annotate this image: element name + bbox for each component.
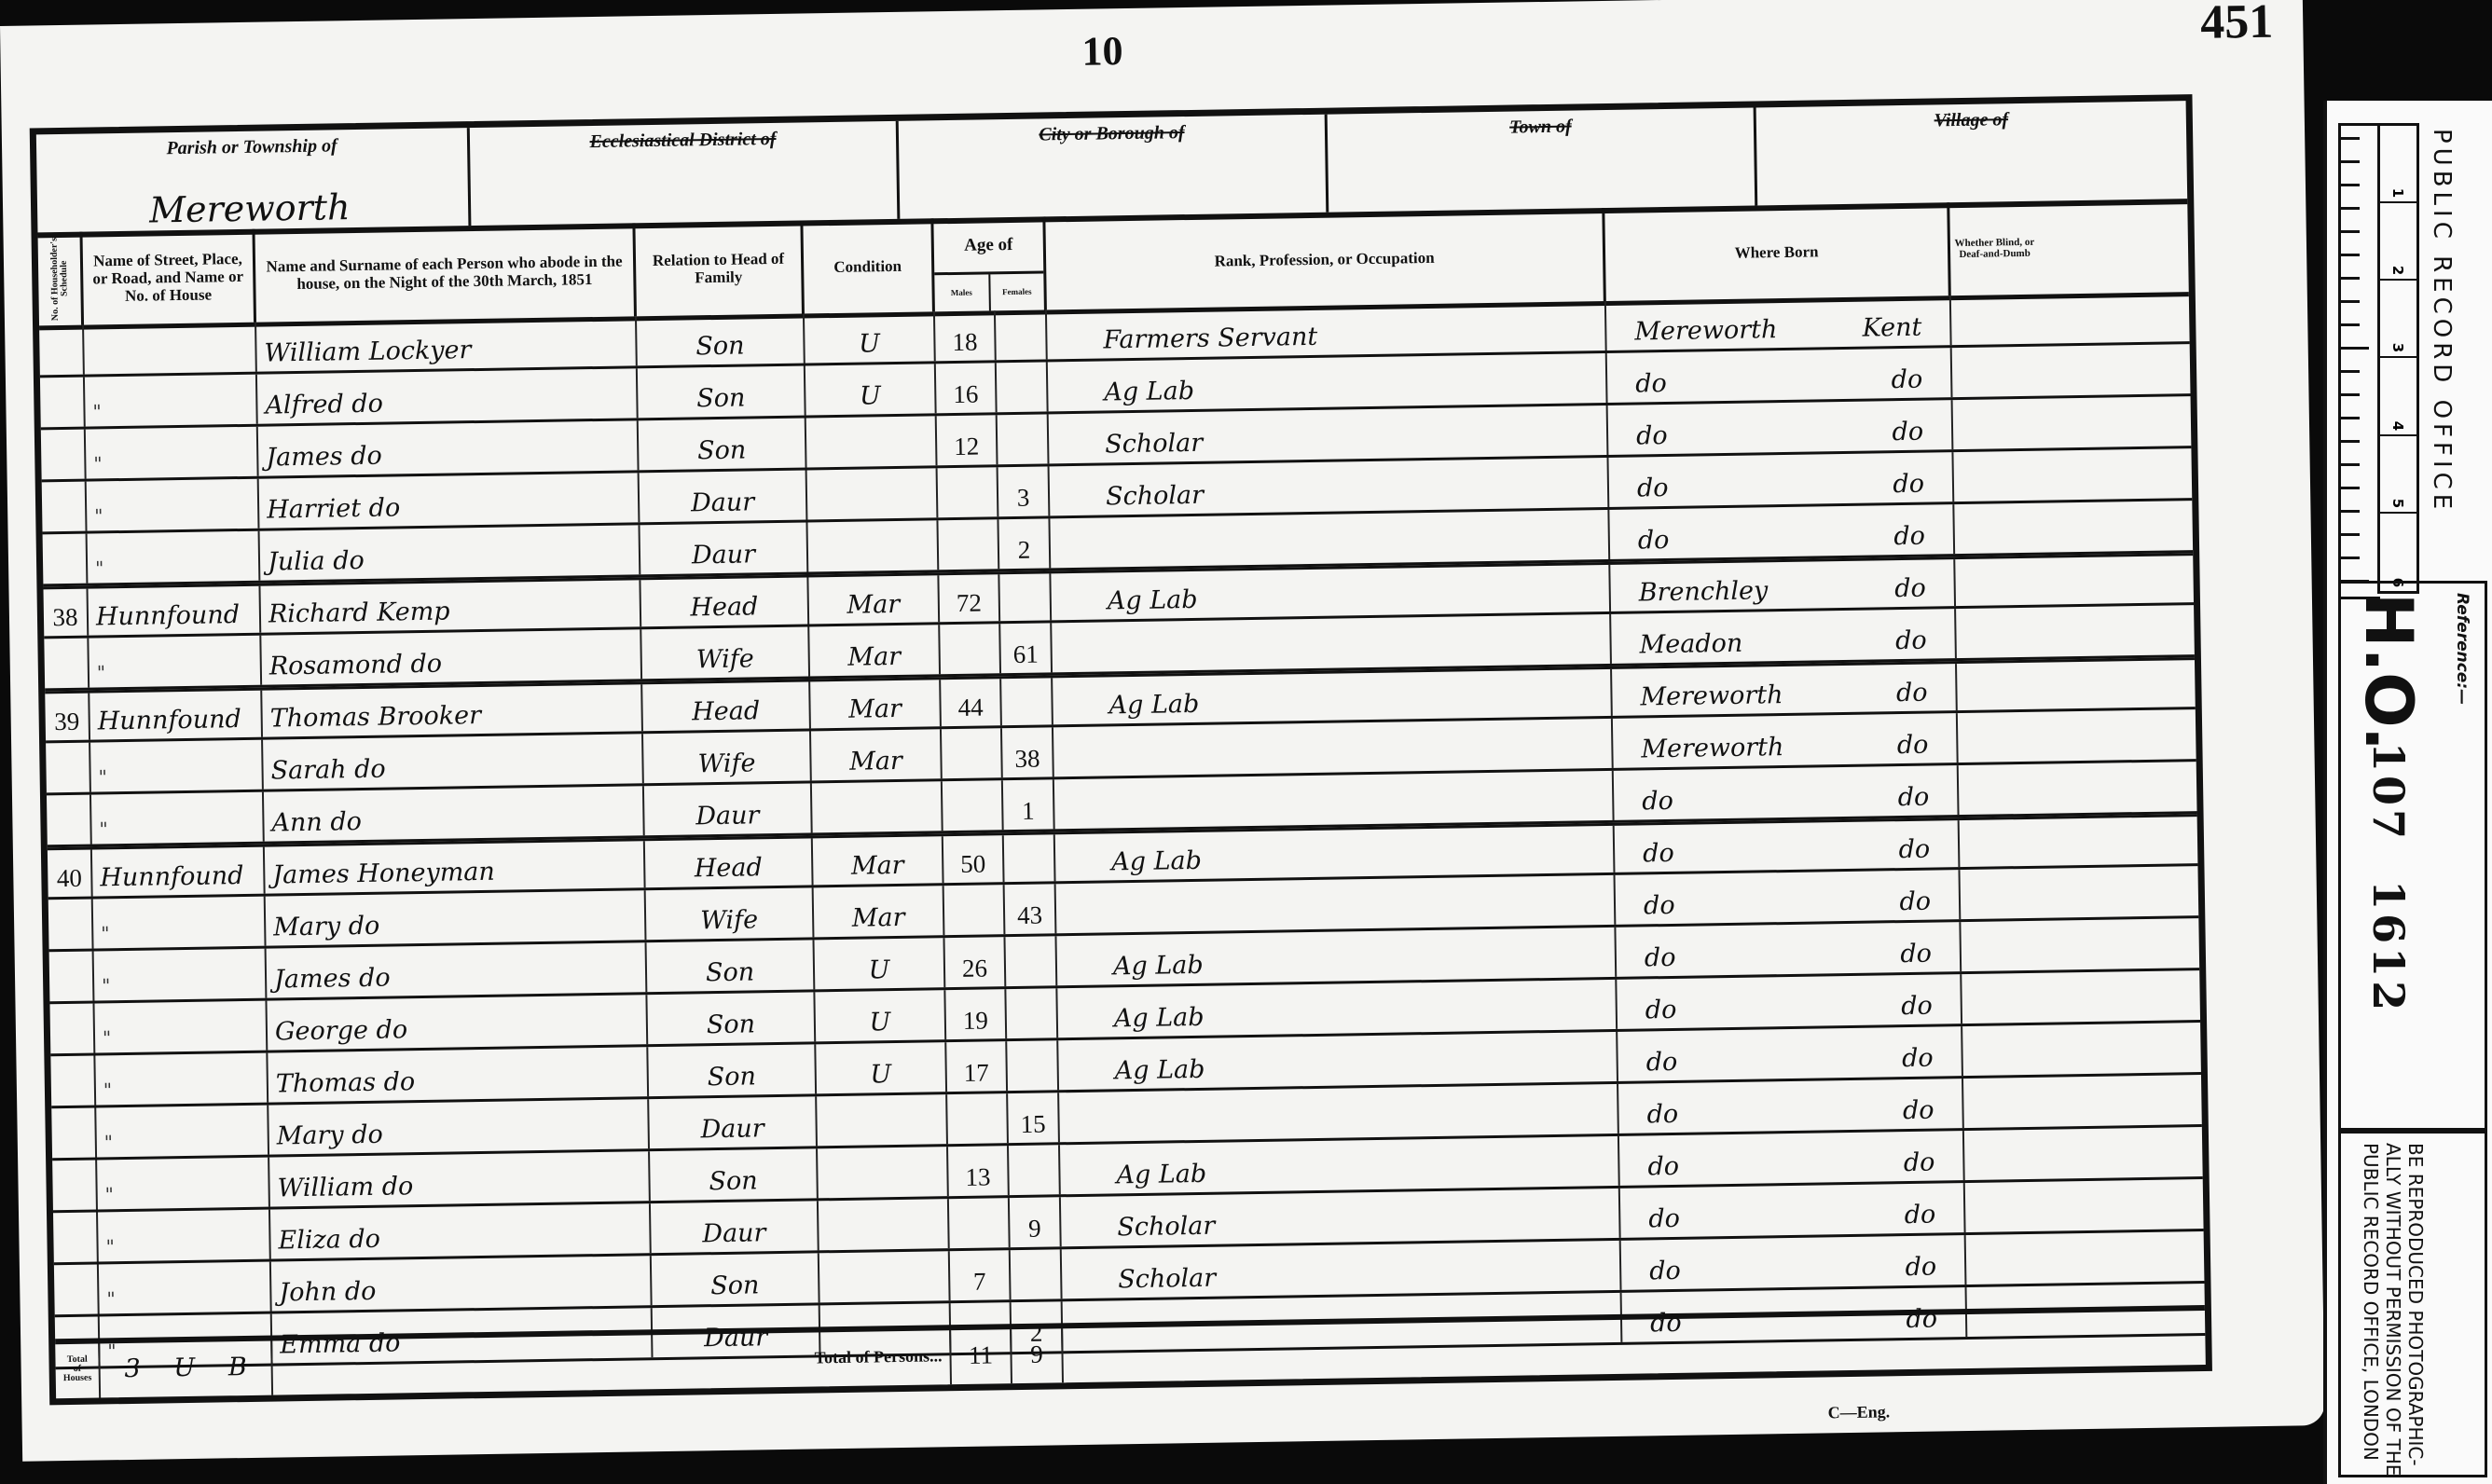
where-born-cell: MereworthKent <box>1606 295 1952 350</box>
relation-cell: Daur <box>651 1201 819 1253</box>
house-name-cell: " <box>96 1106 269 1158</box>
schedule-number-cell <box>40 378 86 428</box>
ruler-tick <box>2341 533 2360 536</box>
reference-series: 107 <box>2363 742 2414 843</box>
header-age-males: Males <box>934 274 990 311</box>
schedule-number-cell <box>47 795 92 845</box>
schedule-number-cell: 38 <box>43 589 89 637</box>
occupation-cell: Scholar <box>1061 1189 1621 1246</box>
person-name-cell: Mary do <box>268 1099 650 1154</box>
house-name-cell: Hunnfound <box>88 586 261 636</box>
born-place: do <box>1646 1100 1678 1130</box>
relation-cell: Son <box>648 1044 817 1096</box>
age-male-cell <box>940 624 1001 674</box>
born-county: do <box>1891 365 1922 395</box>
person-name-cell: William do <box>269 1151 651 1206</box>
ruler-tick <box>2341 556 2360 559</box>
relation-cell: Son <box>647 940 816 992</box>
town-cell: Town of <box>1328 107 1758 212</box>
age-female-cell <box>1006 988 1058 1038</box>
condition-cell: U <box>805 311 936 363</box>
occupation-cell <box>1052 614 1612 672</box>
age-female-cell <box>1007 1040 1059 1091</box>
occupation-cell: Ag Lab <box>1060 1136 1620 1194</box>
relation-cell: Son <box>639 418 807 470</box>
age-male-cell: 50 <box>943 835 1005 883</box>
person-name-cell: Thomas do <box>268 1047 649 1102</box>
born-county: do <box>1902 1044 1934 1074</box>
ruler-number: 6 <box>2380 514 2416 591</box>
schedule-number-cell <box>54 1265 100 1315</box>
total-males: 11 <box>951 1329 1012 1384</box>
where-born-cell: dodo <box>1609 504 1955 559</box>
person-name-cell: Eliza do <box>270 1203 652 1258</box>
ruler-tick <box>2341 347 2369 350</box>
relation-cell: Daur <box>644 783 813 835</box>
house-name-cell: " <box>97 1158 270 1210</box>
born-place: do <box>1648 1204 1680 1234</box>
condition-cell: Mar <box>808 575 940 624</box>
header-name: Name and Surname of each Person who abod… <box>255 223 637 322</box>
ruler-tick <box>2341 277 2360 280</box>
age-female-cell: 3 <box>998 466 1051 516</box>
where-born-cell: dodo <box>1621 1235 1967 1290</box>
house-name-cell: " <box>85 375 258 427</box>
office-title: PUBLIC RECORD OFFICE <box>2428 129 2456 514</box>
condition-cell: Mar <box>814 886 945 937</box>
ruler-tick <box>2341 254 2360 256</box>
town-label: Town of <box>1328 113 1754 141</box>
ruler-numbers: 123456 <box>2377 123 2419 594</box>
ruler-tick <box>2341 207 2360 210</box>
ruler-tick <box>2341 184 2360 186</box>
where-born-cell: dodo <box>1615 820 1961 873</box>
deaf-blind-cell <box>1951 295 2041 345</box>
age-female-cell <box>996 309 1048 360</box>
occupation-cell: Scholar <box>1050 458 1610 515</box>
age-male-cell: 13 <box>948 1146 1010 1196</box>
relation-cell: Wife <box>646 887 815 940</box>
ruler-tick <box>2341 393 2360 396</box>
person-name-cell: Julia do <box>260 525 641 580</box>
reference-piece-number: 1612 <box>2363 880 2414 1014</box>
age-male-cell <box>947 1093 1009 1144</box>
ruler-tick <box>2341 323 2360 326</box>
house-name-cell: " <box>98 1210 271 1262</box>
folio-number: 10 <box>1081 27 1123 76</box>
ruler-number: 4 <box>2380 358 2416 435</box>
born-place: do <box>1645 996 1677 1025</box>
born-county: do <box>1900 940 1932 969</box>
condition-cell <box>817 1094 948 1146</box>
page-stamp: 451 <box>2200 0 2274 50</box>
occupation-cell <box>1056 875 1617 933</box>
occupation-cell: Ag Lab <box>1055 826 1616 881</box>
where-born-cell: dodo <box>1616 870 1962 925</box>
born-place: do <box>1644 891 1675 921</box>
born-county: do <box>1893 470 1924 500</box>
person-name-cell: John do <box>271 1256 653 1311</box>
born-county: do <box>1903 1096 1934 1126</box>
ruler-tick <box>2341 463 2360 466</box>
person-name-cell: Alfred do <box>257 368 639 423</box>
occupation-cell: Ag Lab <box>1058 1032 1618 1090</box>
age-male-cell: 17 <box>946 1041 1008 1092</box>
relation-cell: Daur <box>640 470 808 522</box>
occupation-cell <box>1059 1084 1619 1142</box>
born-place: do <box>1636 421 1668 451</box>
where-born-cell: dodo <box>1619 1131 1965 1186</box>
born-place: Mereworth <box>1634 315 1777 346</box>
ruler-tick <box>2341 370 2360 373</box>
house-name-cell: " <box>94 1001 268 1053</box>
deaf-blind-cell <box>1955 558 2045 606</box>
ruler-number: 3 <box>2380 281 2416 358</box>
deaf-blind-cell <box>1953 399 2043 449</box>
header-age-of: Age of <box>933 216 1043 275</box>
schedule-number-cell <box>42 482 88 532</box>
house-name-cell <box>84 323 257 375</box>
header-age-females: Females <box>990 273 1044 310</box>
where-born-cell: dodo <box>1617 974 1962 1029</box>
born-county: do <box>1898 835 1930 865</box>
relation-cell: Wife <box>643 731 812 783</box>
where-born-cell: Brenchleydo <box>1610 559 1956 611</box>
household-rows: William LockyerSonU18Farmers ServantMere… <box>39 292 2205 1369</box>
relation-cell: Son <box>652 1253 820 1305</box>
reference-strip: 123456 PUBLIC RECORD OFFICE Reference:— … <box>2323 101 2492 1484</box>
header-occupation: Rank, Profession, or Occupation <box>1045 208 1605 309</box>
born-county: do <box>1892 418 1923 447</box>
reference-box: Reference:— H.O. 107 1612 <box>2338 581 2487 1131</box>
reference-code: H.O. <box>2350 593 2427 751</box>
city-cell: City or Borough of <box>899 115 1329 219</box>
house-name-cell: " <box>93 897 267 949</box>
person-name-cell: Sarah do <box>263 734 644 789</box>
born-place: do <box>1635 369 1667 399</box>
deaf-blind-cell <box>1964 1130 2054 1180</box>
occupation-cell: Scholar <box>1049 405 1609 463</box>
occupation-cell: Ag Lab <box>1053 669 1613 724</box>
ruler-tick <box>2341 137 2360 140</box>
total-houses: 3 U B <box>100 1341 273 1398</box>
person-name-cell: James do <box>267 942 648 997</box>
header-relation: Relation to Head of Family <box>635 220 805 316</box>
total-persons-label: Total of Persons... <box>272 1330 952 1395</box>
parish-cell: Parish or Township of Mereworth <box>36 128 472 232</box>
schedule-number-cell: 39 <box>45 694 90 741</box>
age-male-cell: 12 <box>937 415 998 465</box>
person-name-cell: George do <box>267 995 648 1050</box>
ruler-number: 2 <box>2380 203 2416 281</box>
age-female-cell <box>1009 1145 1061 1195</box>
condition-cell: U <box>805 364 937 415</box>
condition-cell: Mar <box>809 625 941 676</box>
age-male-cell <box>949 1198 1011 1248</box>
schedule-number-cell: 40 <box>48 850 93 898</box>
house-name-cell: " <box>99 1262 272 1314</box>
born-place: Brenchley <box>1639 576 1769 607</box>
born-county: do <box>1893 522 1925 552</box>
ecclesiastical-label: Ecclesiastical District of <box>470 127 896 155</box>
occupation-cell <box>1053 719 1614 776</box>
born-place: do <box>1645 1048 1677 1078</box>
age-female-cell: 15 <box>1008 1092 1060 1143</box>
age-female-cell <box>1004 834 1056 882</box>
age-female-cell <box>998 414 1050 464</box>
deaf-blind-cell <box>1956 608 2045 658</box>
condition-cell <box>819 1251 951 1302</box>
census-form: Parish or Township of Mereworth Ecclesia… <box>30 94 2212 1405</box>
where-born-cell: dodo <box>1608 400 1954 455</box>
born-county: do <box>1901 992 1933 1022</box>
born-place: do <box>1637 474 1669 503</box>
schedule-number-cell <box>41 430 87 480</box>
ruler-tick <box>2341 440 2360 443</box>
age-female-cell: 2 <box>998 518 1051 569</box>
person-name-cell: Thomas Brooker <box>262 684 643 736</box>
reference-piece: 107 1612 <box>2363 742 2414 1014</box>
born-county: do <box>1905 1253 1936 1283</box>
copyright-line-2: ALLY WITHOUT PERMISSION OF THE <box>2382 1143 2404 1476</box>
ecclesiastical-cell: Ecclesiastical District of <box>470 121 901 226</box>
header-where-born: Where Born <box>1604 202 1951 301</box>
age-female-cell <box>1011 1249 1063 1299</box>
ruler-tick <box>2341 300 2360 303</box>
where-born-cell: dodo <box>1614 765 1960 820</box>
deaf-blind-cell <box>1958 712 2047 763</box>
born-county: do <box>1897 731 1929 761</box>
born-place: do <box>1643 839 1674 869</box>
where-born-cell: dodo <box>1616 922 1962 977</box>
house-name-cell: " <box>95 1053 268 1106</box>
header-house: Name of Street, Place, or Road, and Name… <box>82 229 256 325</box>
condition-cell <box>806 416 938 467</box>
condition-cell: U <box>815 938 946 989</box>
born-county: do <box>1904 1201 1935 1230</box>
condition-cell: Mar <box>813 836 944 885</box>
age-female-cell: 1 <box>1003 779 1055 830</box>
age-male-cell: 26 <box>944 937 1006 987</box>
deaf-blind-cell <box>1954 503 2044 554</box>
age-male-cell <box>938 467 999 517</box>
ruler-tick <box>2341 510 2360 513</box>
where-born-cell: dodo <box>1608 452 1954 507</box>
born-place: do <box>1642 787 1673 817</box>
ruler-scale <box>2338 123 2380 599</box>
age-male-cell <box>944 885 1006 935</box>
condition-cell <box>807 468 939 519</box>
parish-value: Mereworth <box>149 186 351 230</box>
village-label: Village of <box>1756 106 2186 134</box>
relation-cell: Son <box>637 313 805 365</box>
age-female-cell <box>999 573 1052 621</box>
age-female-cell: 43 <box>1005 884 1057 934</box>
house-name-cell: " <box>91 792 265 845</box>
header-schedule: No. of Householder's Schedule <box>37 232 84 326</box>
condition-cell <box>807 520 939 571</box>
born-county: Kent <box>1862 313 1921 343</box>
deaf-blind-cell <box>1963 1078 2053 1128</box>
total-houses-label: Total of Houses <box>55 1343 101 1398</box>
total-females: 9 <box>1012 1328 1064 1383</box>
ruler-number: 1 <box>2380 126 2416 203</box>
city-label: City or Borough of <box>899 120 1325 148</box>
age-male-cell: 18 <box>935 310 997 361</box>
born-place: do <box>1647 1152 1679 1182</box>
occupation-cell: Ag Lab <box>1057 980 1618 1037</box>
house-name-cell: Hunnfound <box>89 691 263 740</box>
ruler-tick <box>2341 417 2360 419</box>
age-female-cell <box>997 362 1049 412</box>
condition-cell <box>812 781 943 832</box>
born-county: do <box>1897 783 1929 813</box>
house-name-cell: " <box>87 479 260 531</box>
born-place: Meadon <box>1639 629 1742 660</box>
house-name-cell: Hunnfound <box>92 847 266 897</box>
person-name-cell: William Lockyer <box>256 316 638 371</box>
schedule-number-cell <box>53 1213 99 1263</box>
totals-blank <box>1063 1311 2206 1382</box>
age-male-cell <box>943 780 1004 831</box>
person-name-cell: Richard Kemp <box>260 580 641 632</box>
age-male-cell: 72 <box>939 574 1000 622</box>
born-county: do <box>1896 679 1928 708</box>
village-cell: Village of <box>1756 101 2188 205</box>
condition-cell: Mar <box>811 729 943 780</box>
age-male-cell: 7 <box>950 1250 1012 1300</box>
header-deaf-blind: Whether Blind, or Deaf-and-Dumb <box>1949 201 2040 295</box>
deaf-blind-cell <box>1957 663 2046 710</box>
condition-cell: Mar <box>810 680 942 728</box>
census-page: 10 451 Parish or Township of Mereworth E… <box>0 0 2325 1462</box>
schedule-number-cell <box>43 534 89 584</box>
deaf-blind-cell <box>1960 869 2049 919</box>
schedule-number-cell <box>46 743 91 793</box>
born-county: do <box>1904 1148 1935 1178</box>
relation-cell: Son <box>638 365 806 418</box>
age-male-cell <box>938 519 999 570</box>
age-male-cell: 16 <box>936 363 998 413</box>
copyright-notice: BE REPRODUCED PHOTOGRAPHIC- ALLY WITHOUT… <box>2360 1143 2427 1476</box>
born-place: do <box>1649 1257 1681 1286</box>
relation-cell: Daur <box>649 1096 818 1148</box>
occupation-cell: Ag Lab <box>1051 565 1611 620</box>
house-name-cell: " <box>88 531 261 584</box>
ruler-tick <box>2341 160 2360 163</box>
copyright-box: BE REPRODUCED PHOTOGRAPHIC- ALLY WITHOUT… <box>2338 1131 2487 1477</box>
schedule-number-cell <box>49 952 95 1002</box>
deaf-blind-cell <box>1952 347 2042 397</box>
born-county: do <box>1895 626 1927 656</box>
occupation-cell: Ag Lab <box>1048 353 1608 411</box>
age-female-cell: 38 <box>1002 727 1054 777</box>
occupation-cell <box>1054 771 1615 829</box>
age-female-cell <box>1001 678 1053 725</box>
age-female-cell: 9 <box>1010 1197 1062 1247</box>
born-place: Mereworth <box>1640 680 1783 711</box>
header-condition: Condition <box>803 218 935 313</box>
deaf-blind-cell <box>1962 973 2051 1024</box>
schedule-number-cell <box>50 1056 96 1106</box>
where-born-cell: Meadondo <box>1611 609 1957 664</box>
copyright-line-1: BE REPRODUCED PHOTOGRAPHIC- <box>2404 1143 2427 1476</box>
age-male-cell: 19 <box>945 989 1007 1039</box>
parish-label: Parish or Township of <box>36 133 467 161</box>
house-name-cell: " <box>90 740 264 792</box>
deaf-blind-cell <box>1965 1182 2055 1232</box>
age-male-cell <box>942 728 1003 778</box>
occupation-cell: Ag Lab <box>1056 927 1617 985</box>
age-female-cell: 61 <box>1000 623 1053 673</box>
copyright-line-3: PUBLIC RECORD OFFICE, LONDON <box>2360 1143 2382 1476</box>
total-houses-building: B <box>228 1353 247 1381</box>
deaf-blind-cell <box>1953 451 2043 502</box>
occupation-cell <box>1050 510 1610 568</box>
person-name-cell: Mary do <box>266 890 647 945</box>
ruler-number: 5 <box>2380 436 2416 514</box>
born-county: do <box>1894 574 1926 604</box>
reference-label: Reference:— <box>2453 593 2471 705</box>
relation-cell: Son <box>650 1148 819 1201</box>
condition-cell <box>818 1147 949 1198</box>
schedule-number-cell <box>44 639 89 689</box>
enumerator-mark: C—Eng. <box>1827 1402 1890 1422</box>
deaf-blind-cell <box>1961 921 2050 971</box>
deaf-blind-cell <box>1966 1234 2056 1285</box>
condition-cell: U <box>815 990 946 1041</box>
condition-cell <box>819 1199 950 1250</box>
schedule-number-cell <box>51 1108 97 1159</box>
house-name-cell: " <box>89 636 262 688</box>
house-name-cell: " <box>94 949 268 1001</box>
relation-cell: Son <box>647 992 816 1044</box>
person-name-cell: James Honeyman <box>265 841 646 893</box>
relation-cell: Head <box>645 838 814 887</box>
ruler-tick <box>2341 487 2360 489</box>
schedule-number-cell <box>49 1004 95 1054</box>
relation-cell: Wife <box>641 626 810 679</box>
where-born-cell: dodo <box>1618 1026 1963 1081</box>
where-born-cell: dodo <box>1607 348 1953 403</box>
person-name-cell: Rosamond do <box>261 629 642 684</box>
age-male-cell: 44 <box>941 679 1002 726</box>
house-name-cell: " <box>86 427 259 479</box>
deaf-blind-cell <box>1962 1025 2052 1076</box>
person-name-cell: Ann do <box>264 786 645 841</box>
relation-cell: Head <box>640 577 809 626</box>
schedule-number-cell <box>39 325 85 376</box>
deaf-blind-cell <box>1959 764 2048 815</box>
age-female-cell <box>1005 936 1057 986</box>
total-houses-value: 3 <box>124 1353 141 1382</box>
where-born-cell: dodo <box>1618 1079 1964 1134</box>
relation-cell: Head <box>642 681 811 731</box>
person-name-cell: Harriet do <box>259 473 640 528</box>
deaf-blind-cell <box>1960 819 2049 867</box>
where-born-cell: Mereworthdo <box>1612 664 1958 716</box>
schedule-number-cell <box>48 900 94 950</box>
ruler-tick <box>2341 230 2360 233</box>
occupation-cell: Scholar <box>1062 1241 1622 1298</box>
where-born-cell: dodo <box>1620 1183 1966 1238</box>
condition-cell: U <box>816 1042 947 1093</box>
born-place: do <box>1645 943 1676 973</box>
born-county: do <box>1899 887 1931 917</box>
born-place: do <box>1638 526 1670 556</box>
person-name-cell: James do <box>258 420 640 475</box>
relation-cell: Daur <box>640 522 808 574</box>
